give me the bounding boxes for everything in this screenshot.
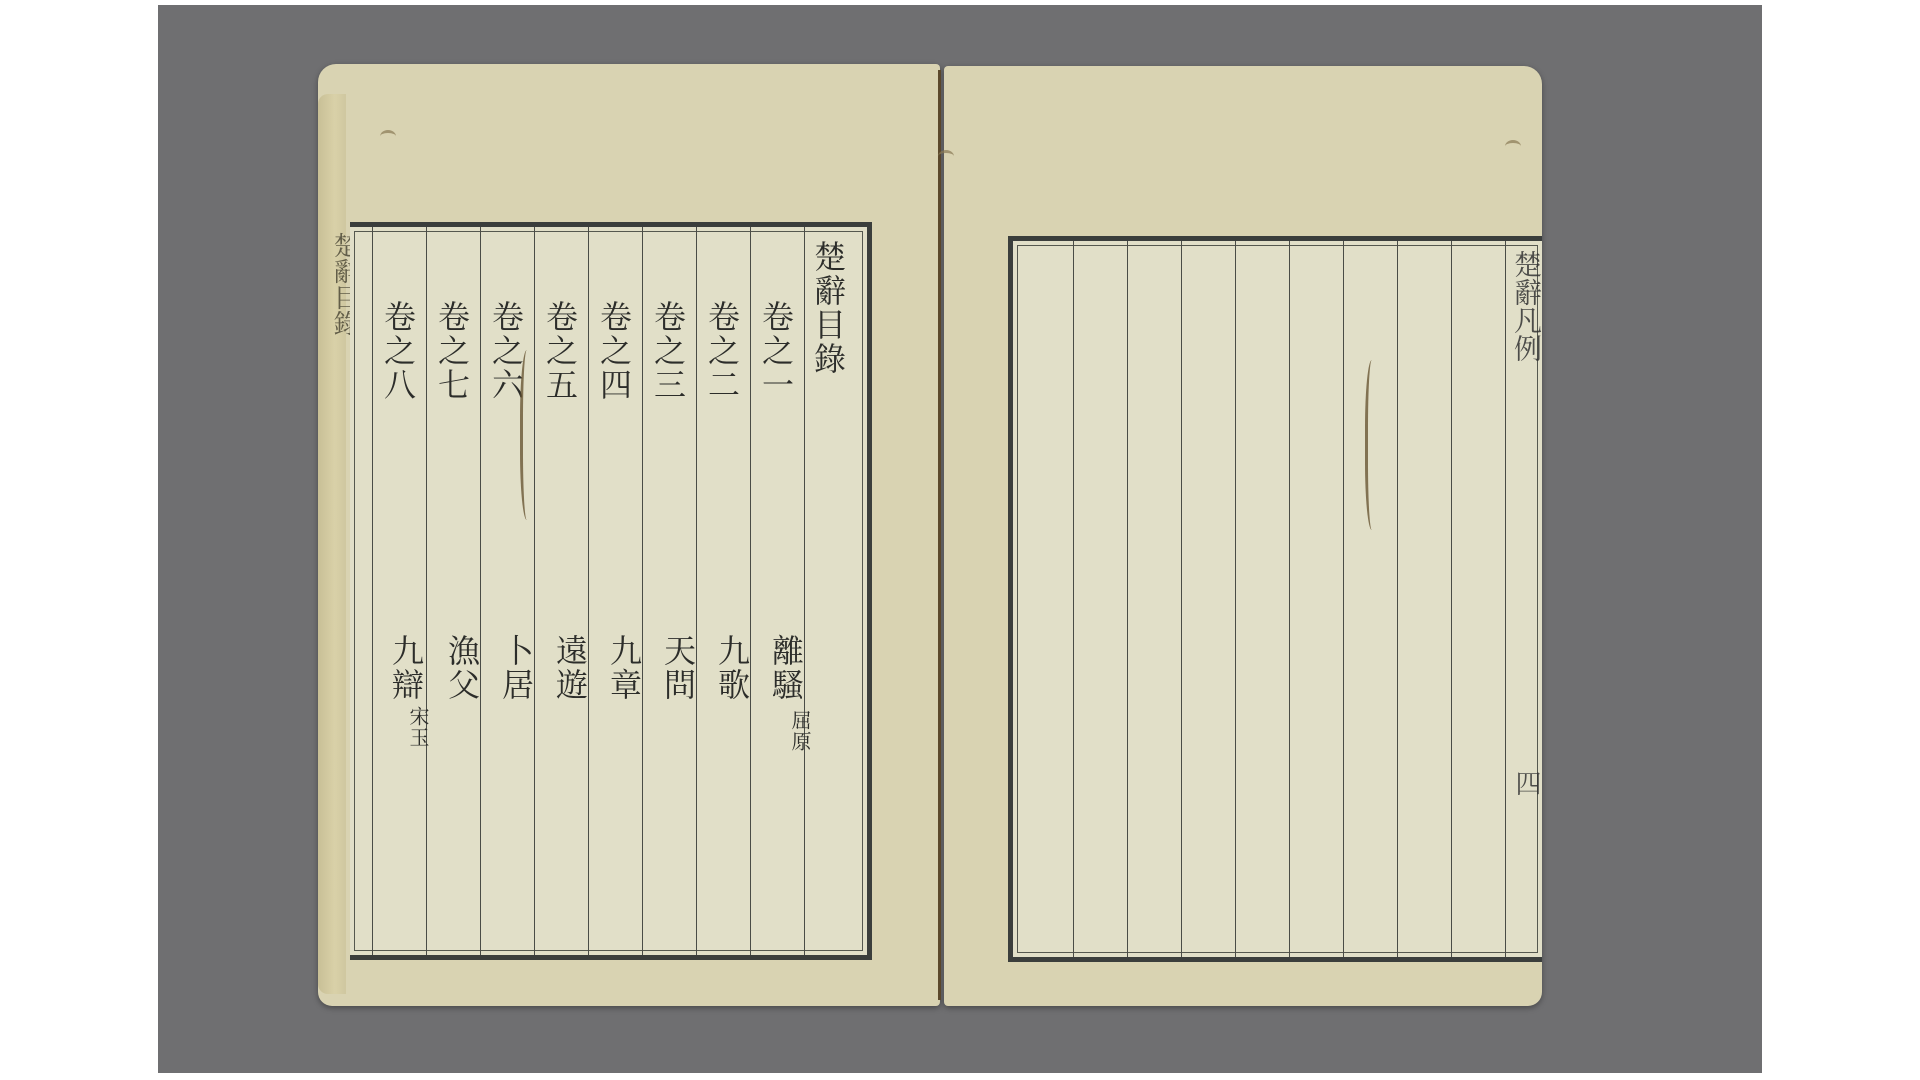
column-rule — [1127, 241, 1128, 957]
insect-mark — [938, 150, 954, 163]
toc-volume-1: 卷之一 — [760, 300, 792, 402]
column-rule — [1451, 241, 1452, 957]
column-rule — [804, 227, 805, 955]
toc-author-8: 宋玉 — [408, 706, 428, 748]
column-rule — [696, 227, 697, 955]
book-gutter — [938, 70, 941, 1000]
column-rule — [1073, 241, 1074, 957]
column-rule — [480, 227, 481, 955]
toc-volume-8: 卷之八 — [382, 300, 414, 402]
toc-title: 楚辭目錄 — [812, 240, 844, 376]
column-rule — [372, 227, 373, 955]
worm-damage-mark — [1365, 360, 1382, 530]
toc-volume-6: 卷之六 — [490, 300, 522, 402]
column-rule — [588, 227, 589, 955]
page-number: 四 — [1508, 770, 1545, 796]
toc-volume-5: 卷之五 — [544, 300, 576, 402]
toc-title-1: 離騷 — [770, 634, 802, 702]
toc-title-5: 遠遊 — [554, 634, 586, 702]
right-margin-label: 楚辭凡例 — [1506, 250, 1546, 362]
toc-title-7: 漁父 — [446, 634, 478, 702]
column-rule — [1397, 241, 1398, 957]
toc-volume-7: 卷之七 — [436, 300, 468, 402]
column-rule — [1343, 241, 1344, 957]
column-rule — [1235, 241, 1236, 957]
column-rule — [534, 227, 535, 955]
column-rule — [1289, 241, 1290, 957]
column-rule — [1181, 241, 1182, 957]
toc-title-4: 九章 — [608, 634, 640, 702]
insect-mark — [1505, 140, 1521, 153]
toc-title-2: 九歌 — [716, 634, 748, 702]
toc-author-1: 屈原 — [790, 710, 810, 752]
frame-inner-rule — [1017, 245, 1538, 953]
toc-title-3: 天問 — [662, 634, 694, 702]
page-edge-stack — [318, 94, 346, 994]
column-rule — [642, 227, 643, 955]
insect-mark — [380, 130, 396, 143]
toc-title-6: 卜居 — [500, 634, 532, 702]
column-rule — [750, 227, 751, 955]
toc-title-8: 九辯 — [390, 634, 422, 702]
worm-damage-mark — [520, 350, 537, 520]
toc-volume-4: 卷之四 — [598, 300, 630, 402]
toc-volume-3: 卷之三 — [652, 300, 684, 402]
column-rule — [426, 227, 427, 955]
right-page-frame — [1008, 236, 1542, 962]
toc-volume-2: 卷之二 — [706, 300, 738, 402]
